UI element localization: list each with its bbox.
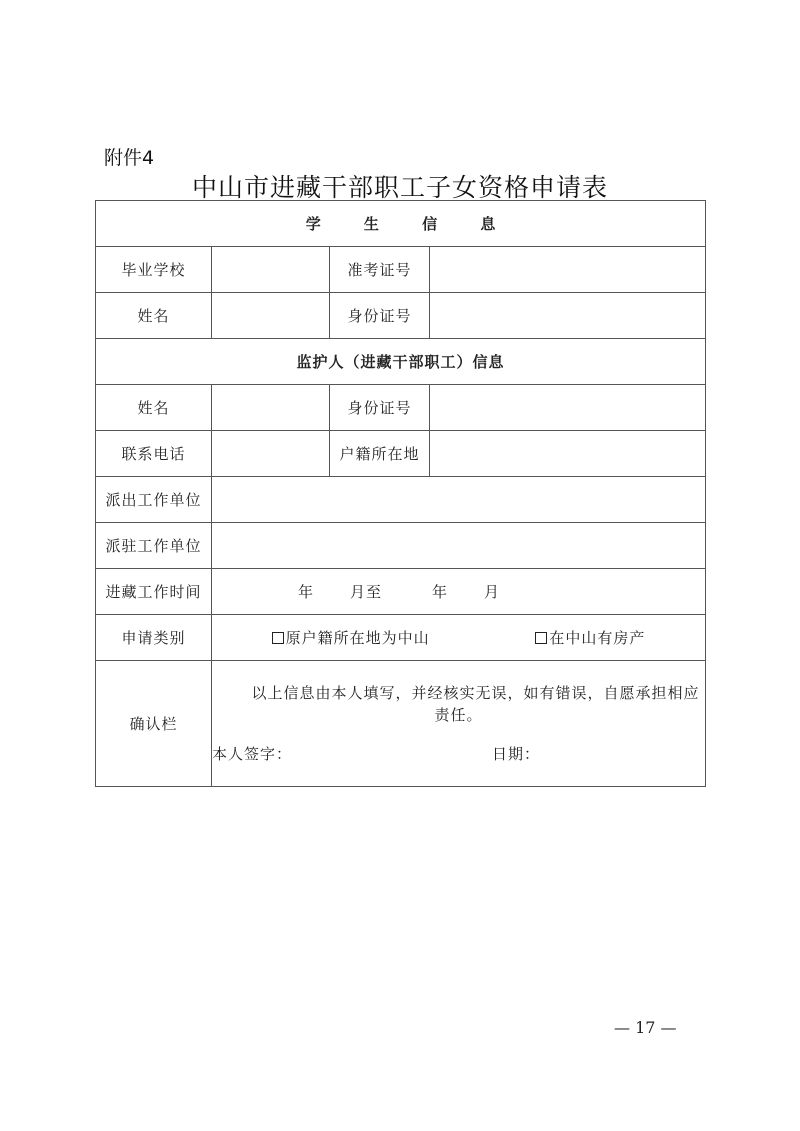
- table-row: 联系电话 户籍所在地: [96, 431, 706, 477]
- table-row: 申请类别 原户籍所在地为中山 在中山有房产: [96, 615, 706, 661]
- student-info-heading: 学 生 信 息: [96, 201, 706, 247]
- student-id-number-label: 身份证号: [330, 293, 430, 339]
- graduation-school-field[interactable]: [212, 247, 330, 293]
- station-unit-field[interactable]: [212, 523, 706, 569]
- station-unit-label: 派驻工作单位: [96, 523, 212, 569]
- option-label: 原户籍所在地为中山: [286, 627, 430, 648]
- contact-phone-field[interactable]: [212, 431, 330, 477]
- dispatch-unit-label: 派出工作单位: [96, 477, 212, 523]
- tibet-period-field[interactable]: 年月至年月: [212, 569, 706, 615]
- application-form-table: 学 生 信 息 毕业学校 准考证号 姓名 身份证号 监护人（进藏干部职工）信息 …: [95, 200, 706, 787]
- signature-line: 本人签字： 日期：: [212, 743, 705, 765]
- date-label[interactable]: 日期：: [492, 743, 540, 765]
- confirm-label: 确认栏: [96, 661, 212, 787]
- start-year-unit: 年: [298, 583, 314, 601]
- option-label: 在中山有房产: [549, 627, 645, 648]
- checkbox-icon[interactable]: [535, 632, 547, 644]
- confirmation-statement: 以上信息由本人填写，并经核实无误，如有错误，自愿承担相应责任。: [212, 682, 705, 726]
- table-row: 姓名 身份证号: [96, 385, 706, 431]
- household-registration-field[interactable]: [430, 431, 706, 477]
- signature-label[interactable]: 本人签字：: [212, 743, 292, 765]
- application-type-options: 原户籍所在地为中山 在中山有房产: [212, 615, 706, 661]
- option-property-in-zhongshan[interactable]: 在中山有房产: [535, 627, 645, 648]
- guardian-name-label: 姓名: [96, 385, 212, 431]
- guardian-section-header-row: 监护人（进藏干部职工）信息: [96, 339, 706, 385]
- page-number: — 17 —: [614, 1018, 677, 1037]
- guardian-info-heading: 监护人（进藏干部职工）信息: [96, 339, 706, 385]
- tibet-period-label: 进藏工作时间: [96, 569, 212, 615]
- graduation-school-label: 毕业学校: [96, 247, 212, 293]
- table-row: 派驻工作单位: [96, 523, 706, 569]
- confirmation-block: 以上信息由本人填写，并经核实无误，如有错误，自愿承担相应责任。 本人签字： 日期…: [212, 661, 706, 787]
- table-row: 姓名 身份证号: [96, 293, 706, 339]
- exam-ticket-number-field[interactable]: [430, 247, 706, 293]
- end-year-unit: 年: [432, 583, 448, 601]
- student-section-header-row: 学 生 信 息: [96, 201, 706, 247]
- application-type-label: 申请类别: [96, 615, 212, 661]
- guardian-name-field[interactable]: [212, 385, 330, 431]
- student-name-field[interactable]: [212, 293, 330, 339]
- contact-phone-label: 联系电话: [96, 431, 212, 477]
- table-row: 确认栏 以上信息由本人填写，并经核实无误，如有错误，自愿承担相应责任。 本人签字…: [96, 661, 706, 787]
- checkbox-icon[interactable]: [272, 632, 284, 644]
- student-id-number-field[interactable]: [430, 293, 706, 339]
- table-row: 毕业学校 准考证号: [96, 247, 706, 293]
- guardian-id-number-label: 身份证号: [330, 385, 430, 431]
- table-row: 派出工作单位: [96, 477, 706, 523]
- household-registration-label: 户籍所在地: [330, 431, 430, 477]
- dispatch-unit-field[interactable]: [212, 477, 706, 523]
- form-title: 中山市进藏干部职工子女资格申请表: [95, 168, 705, 204]
- start-month-to: 月至: [350, 583, 382, 601]
- attachment-label: 附件4: [104, 143, 154, 170]
- exam-ticket-number-label: 准考证号: [330, 247, 430, 293]
- option-original-household-zhongshan[interactable]: 原户籍所在地为中山: [272, 627, 430, 648]
- guardian-id-number-field[interactable]: [430, 385, 706, 431]
- student-name-label: 姓名: [96, 293, 212, 339]
- table-row: 进藏工作时间 年月至年月: [96, 569, 706, 615]
- end-month-unit: 月: [484, 583, 500, 601]
